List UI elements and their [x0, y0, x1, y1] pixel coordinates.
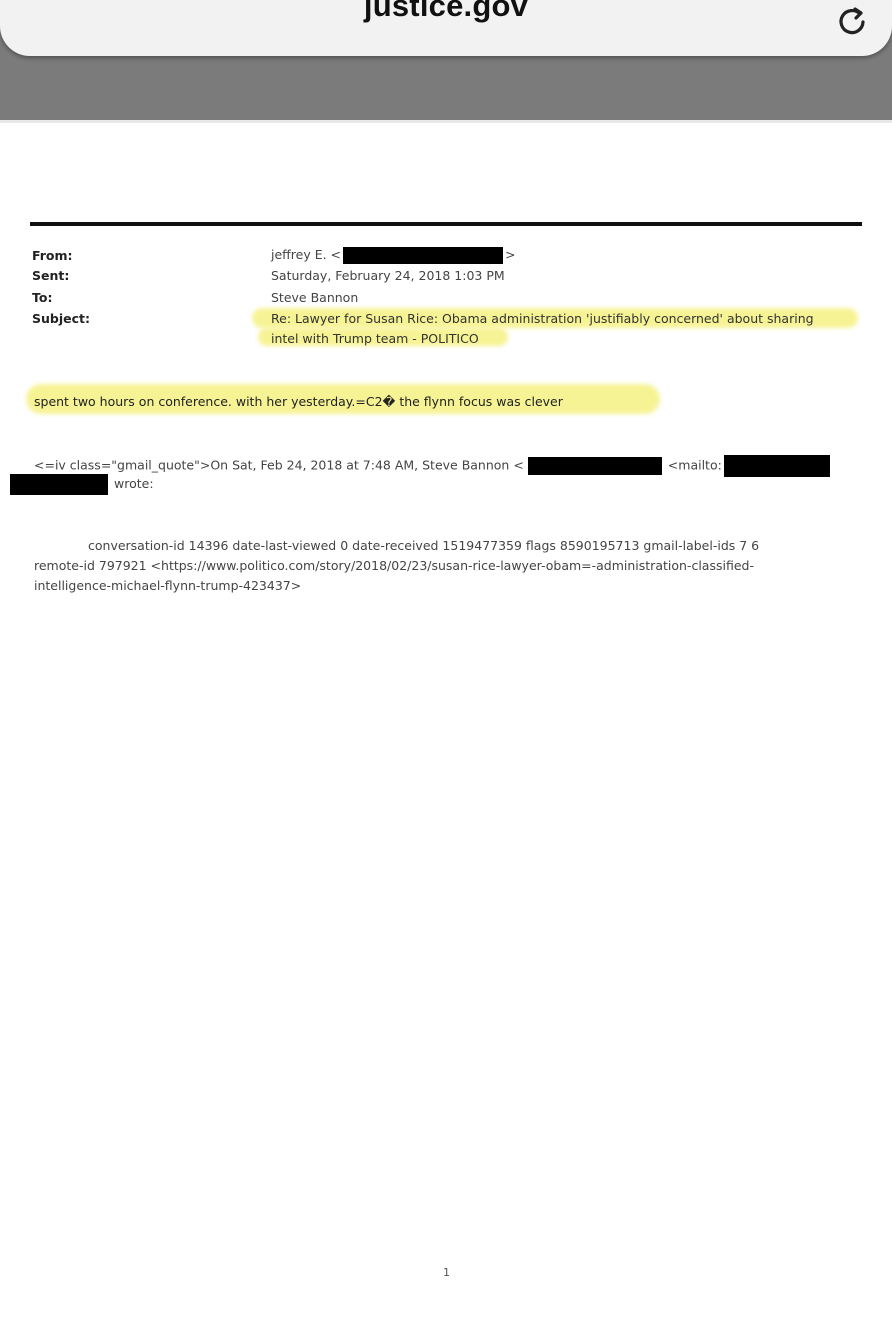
browser-toolbar: justice.gov [0, 0, 892, 122]
metadata-line3: intelligence-michael-flynn-trump-423437> [34, 578, 301, 593]
from-label: From: [32, 248, 73, 263]
toolbar-divider [0, 120, 892, 123]
to-label: To: [32, 290, 52, 305]
address-bar[interactable]: justice.gov [0, 0, 892, 56]
gmail-quote-line2: wrote: [10, 474, 154, 495]
from-value: jeffrey E. <> [271, 247, 516, 264]
metadata-line2: remote-id 797921 <https://www.politico.c… [34, 558, 754, 573]
redaction-block [10, 474, 108, 495]
to-value: Steve Bannon [271, 290, 358, 305]
redaction-block [343, 247, 503, 264]
subject-value-line1: Re: Lawyer for Susan Rice: Obama adminis… [271, 311, 814, 326]
url-text[interactable]: justice.gov [0, 0, 892, 24]
from-name: jeffrey E. < [271, 247, 341, 262]
from-suffix: > [505, 247, 515, 262]
email-body-text: spent two hours on conference. with her … [34, 394, 563, 409]
quote-wrote: wrote: [114, 476, 154, 491]
redaction-block [724, 455, 830, 477]
header-rule [30, 222, 862, 226]
redaction-block [528, 457, 662, 475]
sent-value: Saturday, February 24, 2018 1:03 PM [271, 268, 505, 283]
metadata-line1: conversation-id 14396 date-last-viewed 0… [88, 538, 759, 553]
quote-mailto: <mailto: [668, 458, 722, 473]
subject-label: Subject: [32, 311, 90, 326]
sent-label: Sent: [32, 268, 69, 283]
reload-icon[interactable] [834, 2, 870, 38]
page-number: 1 [443, 1266, 450, 1279]
subject-value-line2: intel with Trump team - POLITICO [271, 331, 479, 346]
quote-prefix: <=iv class="gmail_quote">On Sat, Feb 24,… [34, 458, 524, 473]
